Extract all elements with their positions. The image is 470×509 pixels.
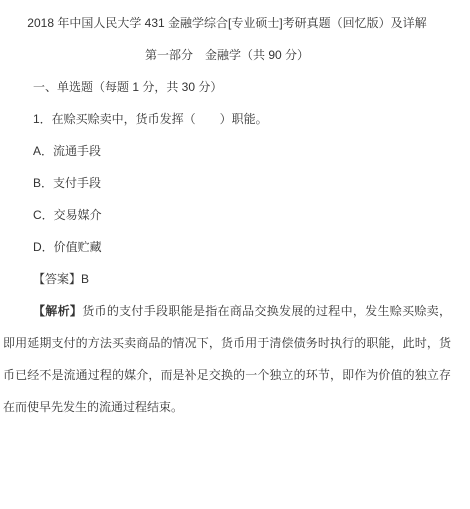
option-d: D．价值贮藏 [3,231,451,263]
document-title: 2018 年中国人民大学 431 金融学综合[专业硕士]考研真题（回忆版）及详解 [3,7,451,39]
section-heading: 第一部分 金融学（共 90 分） [3,39,451,71]
answer-value: B [81,272,89,286]
answer-marker: 【答案】 [33,272,81,286]
analysis-marker: 【解析】 [33,304,82,318]
question-group-heading: 一、单选题（每题 1 分，共 30 分） [3,71,451,103]
option-c: C．交易媒介 [3,199,451,231]
analysis-text: 货币的支付手段职能是指在商品交换发展的过程中，发生赊买赊卖，即用延期支付的方法买… [3,304,451,414]
answer-line: 【答案】B [3,263,451,295]
question-stem: 1．在赊买赊卖中，货币发挥（ ）职能。 [3,103,451,135]
exam-document-page: 2018 年中国人民大学 431 金融学综合[专业硕士]考研真题（回忆版）及详解… [0,0,470,509]
option-a: A．流通手段 [3,135,451,167]
analysis-paragraph: 【解析】货币的支付手段职能是指在商品交换发展的过程中，发生赊买赊卖，即用延期支付… [3,295,451,423]
option-b: B．支付手段 [3,167,451,199]
